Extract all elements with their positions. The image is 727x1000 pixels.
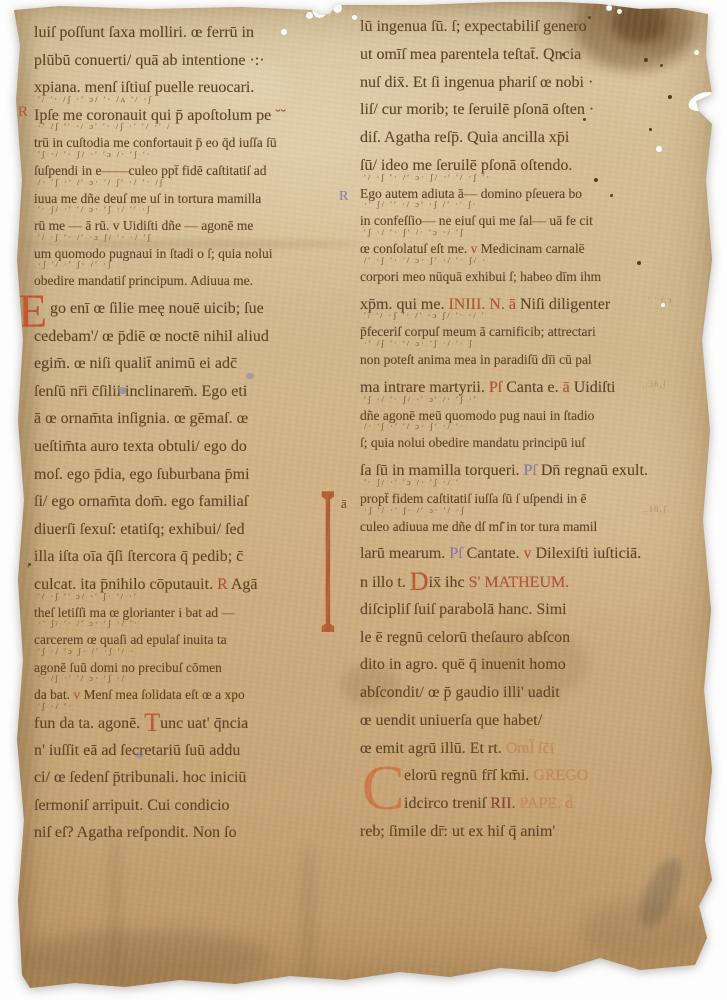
marginal-note: R xyxy=(18,105,28,120)
marginal-note: ā xyxy=(341,497,347,510)
neume-notation: ʹʃ ·/ ʹɔ ʃ· /ʹ ·ʃ ʹ/ · xyxy=(38,647,135,655)
neume-notation: ·ʹ ʃ/ ʹʹ ·/ ɔʹ ·ʃ /ʹ ·ʹ ʃ· xyxy=(364,200,478,208)
marginal-note: ,.38,ʃ xyxy=(642,380,667,389)
neume-notation: ʹ/ ʹ· /ʃ ·ʹ ɔ/ ʹ· /ʌ ʹ/ ·ʃ xyxy=(38,95,153,103)
neume-notation: ·ʃ ʹ/ ·ʹ ʃ· /ʹ ɔ· ʹ/ ·ʃ xyxy=(364,506,466,514)
neume-notation: ʹ/ ·ʃ ʹ· /ʹ ·ɔ ʃ/ ʹ· ·/ ʹʃ xyxy=(38,233,152,241)
marginal-note: ,.18,ʃ xyxy=(642,505,667,514)
neume-notation: /ʹ ·ʃ ʹ· ʹ/ ɔ· ʃʹ ·/ ʹ· ʃ/ · xyxy=(364,256,487,264)
manuscript-text-line: n illo t. Dix̄ ihc S' MATHEUM. xyxy=(360,571,727,593)
manuscript-text-line: go enī œ ſilie meę nouē uicib; ſue xyxy=(34,298,390,320)
manuscript-text-line: idcirco treniſ RII. PAPE. d̄ xyxy=(360,793,727,815)
parchment-stain xyxy=(632,852,691,933)
manuscript-text-line: diſ. Agatha reſp̄. Quia ancilla xp̄i xyxy=(360,127,727,149)
neume-notation: ʹʃ ·/ ʹ· xyxy=(38,702,73,710)
manuscript-text-line: ſermoniſ arripuit. Cui condicio xyxy=(34,795,374,817)
manuscript-text-line: ut omīſ mea parentela teſtat̄. Qncia xyxy=(360,44,727,66)
manuscript-text-line: n' iuſſit eā ad ſecretariū ſuū addu xyxy=(34,740,374,762)
neume-notation: /· ʹʃ ·ʹ ʹ/ ɔ· ʃʹ ·/ ʹ· xyxy=(364,422,465,430)
neume-notation: ʹʃ ·/ ʹ· ʃʹ /· ʹɔ ·/ ʹʃ xyxy=(364,228,465,236)
manuscript-text-line: cedebam'/ œ p̄diē œ noctē nihil aliud xyxy=(34,326,374,348)
parchment-shadow: luiſ poſſunt ſaxa molliri. œ ferrū inplū… xyxy=(12,2,715,996)
illuminated-initial-E: E xyxy=(18,288,47,336)
neume-notation: ʹ· /ʃ ·ʹ ʹ/ ɔ· ʹʃ ·/ xyxy=(38,674,126,682)
photo-background: luiſ poſſunt ſaxa molliri. œ ferrū inplū… xyxy=(0,0,727,1000)
neume-notation: ʹ/ ʹ/ ·ʃ ʹ· /ʹ ·ɔ ʃ/ ʹ· ·/ ʹ xyxy=(364,311,486,319)
neume-notation: ʹʃ ·/ ʹ· ʃ/ ·ʹ ʹɔ /· ʹʃ ʹ· xyxy=(38,150,152,158)
neume-notation: /· ʹʃ ·ʹ /ʹ ɔ· ʹ/ ʃʹ ·/ ʹ· /ʃ xyxy=(38,178,165,186)
parchment-stain xyxy=(12,0,34,990)
manuscript-text-line: /· ʹʃ ·ʹ ʹ/ ɔ· ʃʹ ·/ ʹ·ſ; quia nolui obe… xyxy=(360,432,727,454)
manuscript-text-line: le ē regnū celorū theſauro abſcon xyxy=(360,627,727,649)
parchment-hole xyxy=(352,15,357,20)
manuscript-text-line: /ʹ ·ʃ ʹ· ʹ/ ɔ· ʃʹ ·/ ʹ· ʃ/ ·corpori meo … xyxy=(360,266,727,288)
illuminated-initial-I: I xyxy=(320,452,336,667)
parchment-stain xyxy=(20,930,270,985)
ink-speck xyxy=(594,178,598,182)
illuminated-initial-C: C xyxy=(362,756,405,820)
neume-notation: ·ʹ /ʃ ʹ· ʹ/ ɔ· ʹʃ ·/ ʹ· ʃ xyxy=(364,339,474,347)
manuscript-text-line: œ uendit uniuerſa que habet/ xyxy=(360,710,727,732)
parchment-hole xyxy=(606,5,612,11)
manuscript-text-line: diſcipliſ ſuiſ parabolā hanc. Simi xyxy=(360,599,727,621)
manuscript-text-line: ci/ œ ſedenſ p̄tribunali. hoc iniciū xyxy=(34,767,374,789)
neume-notation: ʹ· ʃ/ ·ʹ ʹ/ ɔ· ʹʃ ·/ ʹʹ ·ʃ xyxy=(38,205,152,213)
neume-notation: ʹ/ ·ʃ ʹ· /ʹ ɔ· ʃ/ ·ʹ ʹ/ ·ʃ ʹ· xyxy=(364,173,491,181)
manuscript-text-line: liſ/ cur morib; te ſeruilē pſonā oſten · xyxy=(360,99,727,121)
neume-notation: ·ʹ /ʃ ʹʹ ·/ ɔʹ ʹ· /ʃ ·ʹ ʹ/ ·ʹ / xyxy=(38,122,172,130)
manuscript-text-line: ·ʹ /ʃ ʹ· ʹ/ ɔ· ʹʃ ·/ ʹ· ʃnon poteſt anim… xyxy=(360,349,727,371)
marginal-note: R xyxy=(339,190,348,204)
neume-notation: ʹʃ ·/ ʹ· ʃ/ ·ʹ ɔʹ /· ʹʃ ·ʹ xyxy=(364,395,478,403)
parchment-stain xyxy=(108,835,122,985)
manuscript-text-line: lū ingenua ſū. ſ; expectabiliſ genero xyxy=(360,16,727,38)
manuscript-text-line: larū mearum. Pſ Cantate. v Dilexiſti iuſ… xyxy=(360,543,727,565)
parchment-hole xyxy=(310,0,330,19)
ink-speck xyxy=(637,261,641,265)
manuscript-text-line: ʹʃ ·/ ʹ·fun da ta. agonē. Tunc uat' q̄nc… xyxy=(34,712,374,734)
neume-notation: ·ʹ ʃ/ ʹ· /ʹ ɔ· ʹʃ ·/ ʹ· xyxy=(38,619,139,627)
neume-notation: ·ʃ ʹ/ ·ʹ ʃ· /ʹ ·ʃ xyxy=(38,260,113,268)
parchment-leaf: luiſ poſſunt ſaxa molliri. œ ferrū inplū… xyxy=(12,2,715,996)
parchment-hole xyxy=(617,9,622,14)
parchment-stain xyxy=(300,845,316,985)
manuscript-text-line: œ emit agrū illū. Et rt. Oml̄ ſc̄i xyxy=(360,738,727,760)
manuscript-text-line: ā œ ornam̄ta inſignia. œ gēmaſ. œ xyxy=(34,408,374,430)
manuscript-text-line: niſ eſ? Agatha reſpondit. Non ſo xyxy=(34,822,374,844)
neume-notation: ʹ· ʃ/ ·ʹ ʹɔ /· ʹʃ ·/ ʹ xyxy=(364,478,460,486)
manuscript-text-line: luiſ poſſunt ſaxa molliri. œ ferrū in xyxy=(34,22,374,44)
manuscript-text-line: dito in agro. quē q̄ inuenit homo xyxy=(360,654,727,676)
marginal-note: ʹ.ʹ ʃ.ɔ xyxy=(648,296,673,305)
manuscript-text-line: egim̄. œ niſi qualit̄ animū ei adc̄ xyxy=(34,353,374,375)
manuscript-text-line: abſcondit/ œ p̄ gaudio illi' uadit xyxy=(360,682,727,704)
marginal-note: · xyxy=(26,560,30,573)
manuscript-text-line: ·ʃ ʹ/ ·ʹ ʃ· /ʹ ·ʃobedire mandatiſ princi… xyxy=(34,270,374,292)
manuscript-text-line: ʹ· /ʃ ·ʹ ʹ/ ɔ· ʹʃ ·/da bat. v Menſ mea ſ… xyxy=(34,684,374,706)
manuscript-text-line: nuſ dix̄. Et ſi ingenua phariſ œ nobi · xyxy=(360,72,727,94)
parchment-hole xyxy=(306,12,313,19)
parchment-hole xyxy=(333,3,342,13)
manuscript-text-line: plūbū conuerti/ quā ab intentione ·:· xyxy=(34,50,374,72)
manuscript-text-line: ſenſū nr̄i c̄ſilii inclinarem̄. Ego eti xyxy=(34,381,374,403)
parchment-stain xyxy=(580,900,700,960)
manuscript-text-line: ·ʃ ʹ/ ·ʹ ʃ· /ʹ ɔ· ʹ/ ·ʃculeo adiuua me d… xyxy=(360,516,727,538)
neume-notation: ʹ/ ·ʃ ʹʹ ɔ/ ·ʹ ʃ· ʹ/ ·ʹ xyxy=(38,592,138,600)
manuscript-text-line: reb; ſimile dr̄: ut ex hiſ q̄ anim' xyxy=(360,821,727,843)
manuscript-text-line: elorū regnū fr̄ſ km̄i. GREGO xyxy=(360,765,727,787)
